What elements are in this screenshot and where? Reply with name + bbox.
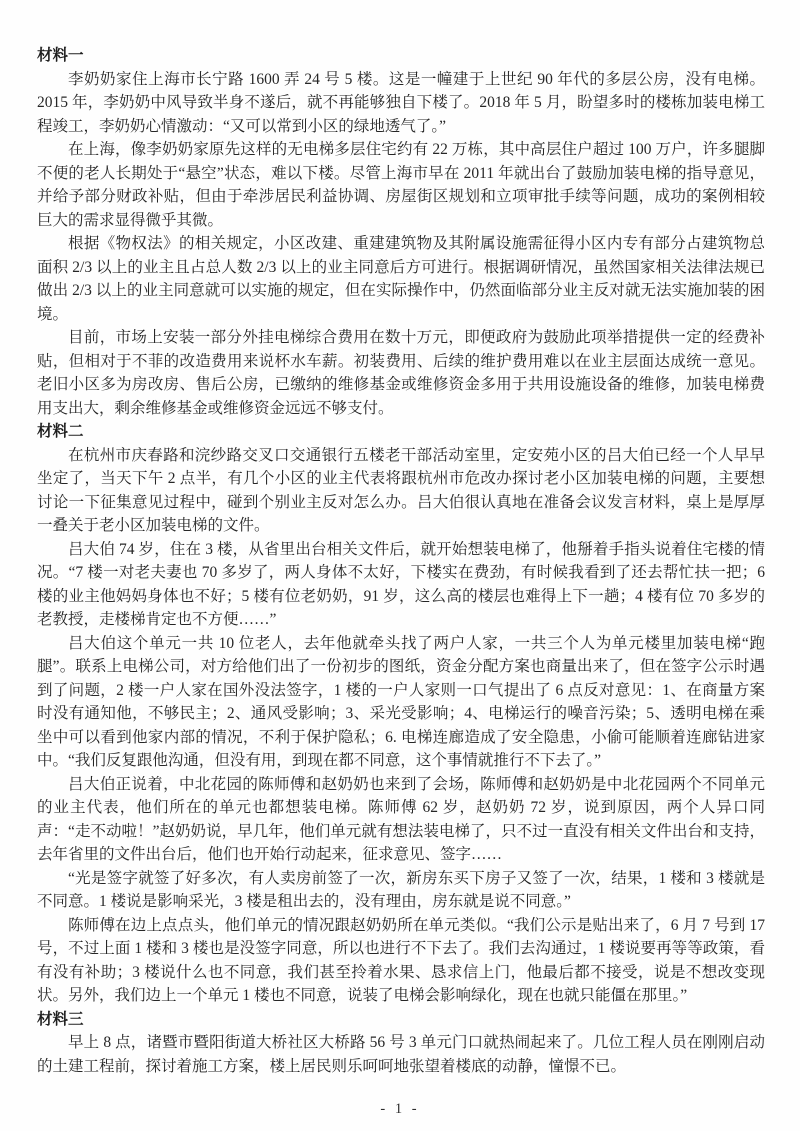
paragraph: 在上海，像李奶奶家原先这样的无电梯多层住宅约有 22 万栋，其中高层住户超过 1… <box>37 138 765 232</box>
paragraph: 吕大伯这个单元一共 10 位老人，去年他就牵头找了两户人家，一共三个人为单元楼里… <box>37 632 765 773</box>
section-heading-material-2: 材料二 <box>37 420 765 444</box>
section-material-3: 材料三 早上 8 点，诸暨市暨阳街道大桥社区大桥路 56 号 3 单元门口就热闹… <box>37 1008 765 1079</box>
paragraph: 目前，市场上安装一部分外挂电梯综合费用在数十万元，即便政府为鼓励此项举措提供一定… <box>37 326 765 420</box>
section-heading-material-1: 材料一 <box>37 44 765 68</box>
section-heading-material-3: 材料三 <box>37 1008 765 1032</box>
paragraph: 吕大伯 74 岁，住在 3 楼，从省里出台相关文件后，就开始想装电梯了，他掰着手… <box>37 538 765 632</box>
paragraph: 在杭州市庆春路和浣纱路交叉口交通银行五楼老干部活动室里，定安苑小区的吕大伯已经一… <box>37 444 765 538</box>
paragraph: 陈师傅在边上点点头，他们单元的情况跟赵奶奶所在单元类似。“我们公示是贴出来了，6… <box>37 914 765 1008</box>
paragraph: 早上 8 点，诸暨市暨阳街道大桥社区大桥路 56 号 3 单元门口就热闹起来了。… <box>37 1031 765 1078</box>
section-material-1: 材料一 李奶奶家住上海市长宁路 1600 弄 24 号 5 楼。这是一幢建于上世… <box>37 44 765 420</box>
document-page: 材料一 李奶奶家住上海市长宁路 1600 弄 24 号 5 楼。这是一幢建于上世… <box>0 0 800 1131</box>
paragraph: “光是签字就签了好多次，有人卖房前签了一次，新房东买下房子又签了一次，结果，1 … <box>37 867 765 914</box>
section-material-2: 材料二 在杭州市庆春路和浣纱路交叉口交通银行五楼老干部活动室里，定安苑小区的吕大… <box>37 420 765 1008</box>
page-number: - 1 - <box>0 1101 800 1118</box>
paragraph: 根据《物权法》的相关规定，小区改建、重建建筑物及其附属设施需征得小区内专有部分占… <box>37 232 765 326</box>
paragraph: 李奶奶家住上海市长宁路 1600 弄 24 号 5 楼。这是一幢建于上世纪 90… <box>37 68 765 139</box>
paragraph: 吕大伯正说着，中北花园的陈师傅和赵奶奶也来到了会场，陈师傅和赵奶奶是中北花园两个… <box>37 773 765 867</box>
